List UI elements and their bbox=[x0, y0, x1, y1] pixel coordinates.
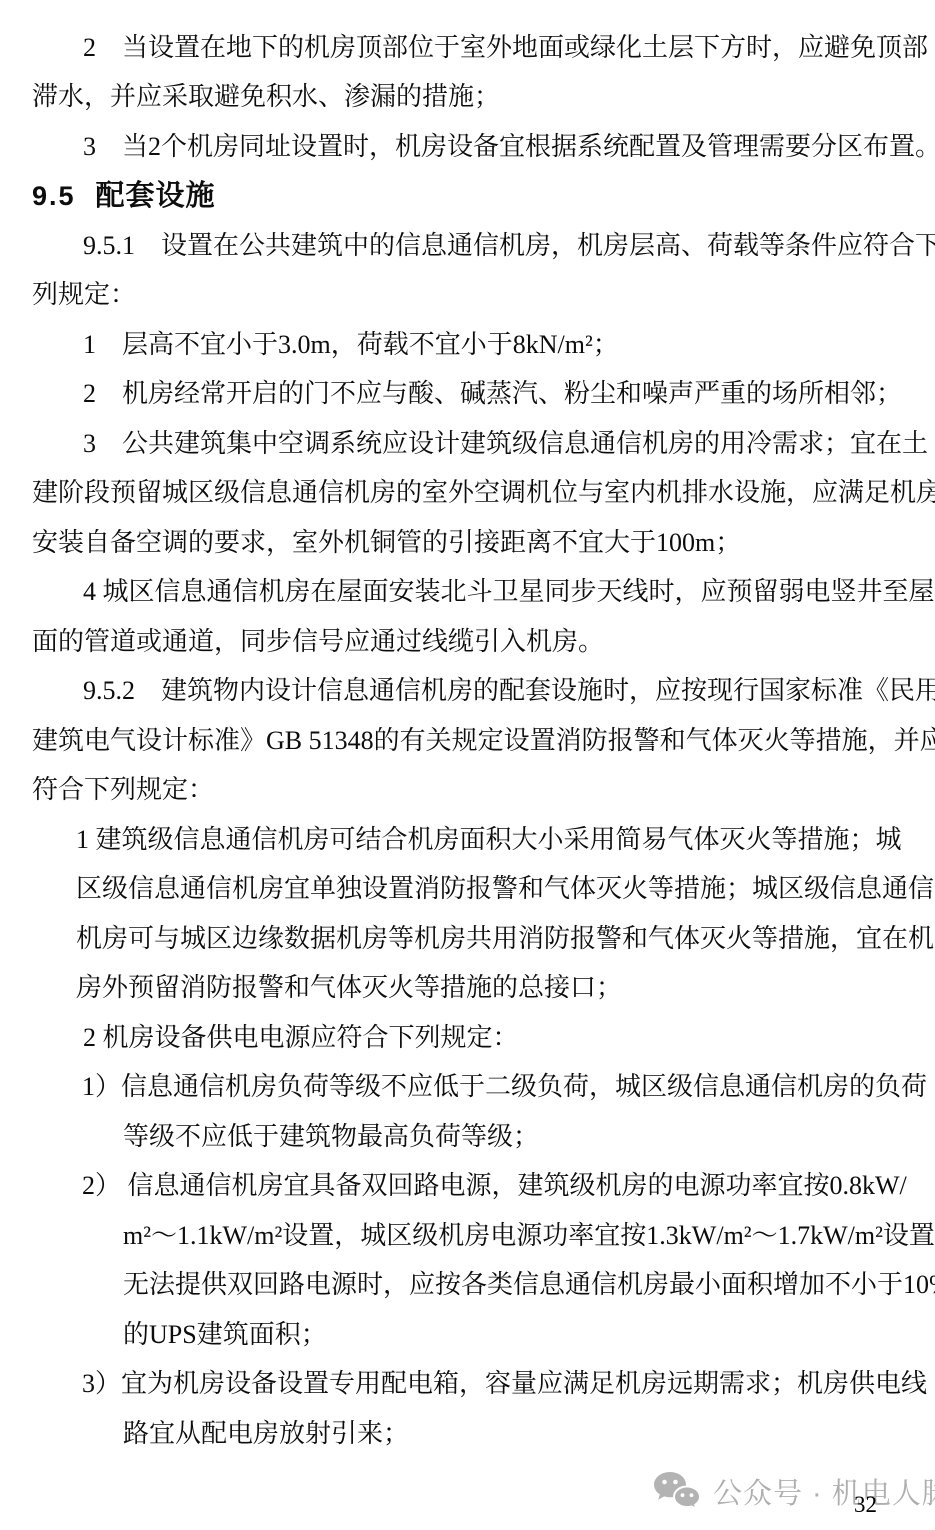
clause-952-item2-sub2-line2: m²～1.1kW/m²设置，城区级机房电源功率宜按1.3kW/m²～1.7kW/… bbox=[32, 1211, 915, 1261]
clause-951-para-line2: 列规定： bbox=[32, 271, 915, 321]
clause-952-item2-sub3-line2: 路宜从配电房放射引来； bbox=[32, 1409, 915, 1459]
intro-item3: 3 当2个机房同址设置时，机房设备宜根据系统配置及管理需要分区布置。 bbox=[32, 122, 915, 172]
section-heading-number: 9.5 bbox=[32, 183, 76, 210]
clause-952-para-line1: 9.5.2 建筑物内设计信息通信机房的配套设施时，应按现行国家标准《民用 bbox=[32, 667, 915, 717]
clause-952-item2-sub1-line1: 1）信息通信机房负荷等级不应低于二级负荷，城区级信息通信机房的负荷 bbox=[32, 1063, 915, 1113]
clause-951-para-line1: 9.5.1 设置在公共建筑中的信息通信机房，机房层高、荷载等条件应符合下 bbox=[32, 221, 915, 271]
page-number: 32 bbox=[854, 1492, 877, 1518]
clause-952-item1-line1: 1 建筑级信息通信机房可结合机房面积大小采用简易气体灭火等措施；城 bbox=[32, 815, 915, 865]
clause-952-item2-sub2-line1: 2） 信息通信机房宜具备双回路电源，建筑级机房的电源功率宜按0.8kW/ bbox=[32, 1162, 915, 1212]
wechat-icon bbox=[653, 1471, 701, 1511]
intro-item2-line2: 滞水，并应采取避免积水、渗漏的措施； bbox=[32, 73, 915, 123]
clause-951-item3-line1: 3 公共建筑集中空调系统应设计建筑级信息通信机房的用冷需求；宜在土 bbox=[32, 419, 915, 469]
clause-952-para-line3: 符合下列规定： bbox=[32, 766, 915, 816]
clause-951-item4-line1: 4 城区信息通信机房在屋面安装北斗卫星同步天线时，应预留弱电竖井至屋 bbox=[32, 568, 915, 618]
clause-952-item2-sub3-line1: 3）宜为机房设备设置专用配电箱，容量应满足机房远期需求；机房供电线 bbox=[32, 1360, 915, 1410]
clause-952-item1-line3: 机房可与城区边缘数据机房等机房共用消防报警和气体灭火等措施，宜在机 bbox=[32, 914, 915, 964]
clause-951-item2: 2 机房经常开启的门不应与酸、碱蒸汽、粉尘和噪声严重的场所相邻； bbox=[32, 370, 915, 420]
section-heading-title: 配套设施 bbox=[96, 182, 216, 211]
clause-952-item2-sub2-line4: 的UPS建筑面积； bbox=[32, 1310, 915, 1360]
clause-952-item2-sub2-line3: 无法提供双回路电源时，应按各类信息通信机房最小面积增加不小于10% bbox=[32, 1261, 915, 1311]
section-heading: 9.5 配套设施 bbox=[32, 172, 915, 222]
clause-951-item3-line2: 建阶段预留城区级信息通信机房的室外空调机位与室内机排水设施，应满足机房 bbox=[32, 469, 915, 519]
clause-951-item3-line3: 安装自备空调的要求，室外机铜管的引接距离不宜大于100m； bbox=[32, 518, 915, 568]
document-body: 2 当设置在地下的机房顶部位于室外地面或绿化土层下方时，应避免顶部 滞水，并应采… bbox=[32, 23, 915, 1459]
document-page: 2 当设置在地下的机房顶部位于室外地面或绿化土层下方时，应避免顶部 滞水，并应采… bbox=[0, 0, 935, 1530]
wechat-watermark: 公众号 · 机电人脉 bbox=[653, 1470, 935, 1512]
clause-952-item1-line2: 区级信息通信机房宜单独设置消防报警和气体灭火等措施；城区级信息通信 bbox=[32, 865, 915, 915]
clause-952-item2: 2 机房设备供电电源应符合下列规定： bbox=[32, 1013, 915, 1063]
clause-952-item2-sub1-line2: 等级不应低于建筑物最高负荷等级； bbox=[32, 1112, 915, 1162]
clause-952-item1-line4: 房外预留消防报警和气体灭火等措施的总接口； bbox=[32, 964, 915, 1014]
watermark-label: 公众号 · 机电人脉 bbox=[713, 1471, 935, 1512]
clause-951-item4-line2: 面的管道或通道，同步信号应通过线缆引入机房。 bbox=[32, 617, 915, 667]
clause-952-para-line2: 建筑电气设计标准》GB 51348的有关规定设置消防报警和气体灭火等措施，并应 bbox=[32, 716, 915, 766]
clause-951-item1: 1 层高不宜小于3.0m，荷载不宜小于8kN/m²； bbox=[32, 320, 915, 370]
intro-item2-line1: 2 当设置在地下的机房顶部位于室外地面或绿化土层下方时，应避免顶部 bbox=[32, 23, 915, 73]
